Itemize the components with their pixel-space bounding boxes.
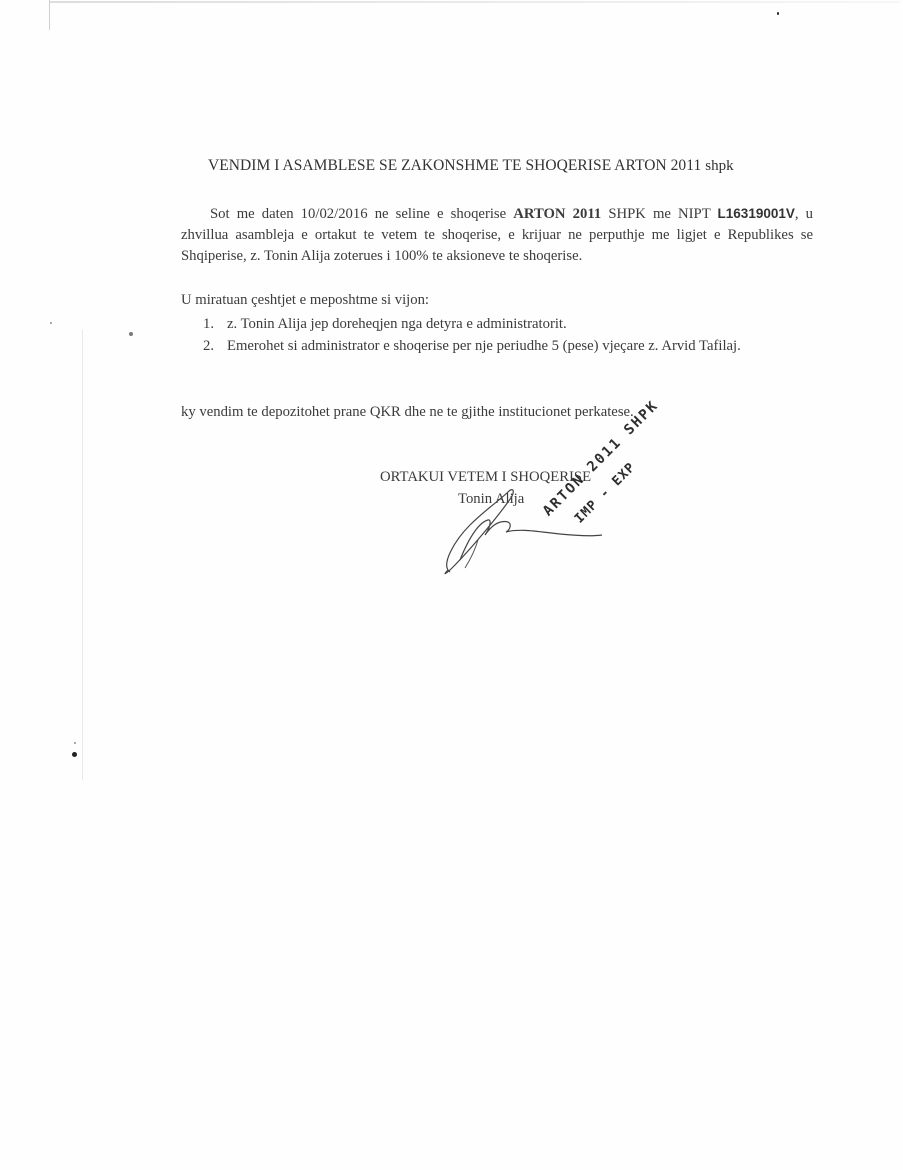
company-stamp: ARTON 2011 SHPK IMP - EXP bbox=[528, 438, 658, 528]
scan-speck bbox=[74, 742, 76, 744]
scanned-page: VENDIM I ASAMBLESE SE ZAKONSHME TE SHOQE… bbox=[0, 0, 903, 1170]
nipt-number: L16319001V bbox=[718, 206, 795, 221]
list-item: 1. z. Tonin Alija jep doreheqjen nga det… bbox=[203, 314, 815, 335]
fold-line bbox=[82, 330, 83, 780]
list-item-number: 2. bbox=[203, 336, 214, 357]
intro-paragraph: Sot me daten 10/02/2016 ne seline e shoq… bbox=[181, 203, 813, 267]
scan-edge bbox=[50, 1, 900, 3]
intro-part1: Sot me daten 10/02/2016 ne seline e shoq… bbox=[210, 206, 513, 222]
title-main: VENDIM I ASAMBLESE SE ZAKONSHME TE SHOQE… bbox=[208, 157, 705, 174]
scan-speck bbox=[129, 332, 133, 336]
document-title: VENDIM I ASAMBLESE SE ZAKONSHME TE SHOQE… bbox=[208, 157, 734, 175]
scan-edge bbox=[49, 0, 50, 30]
approved-intro: U miratuan çeshtjet e meposhtme si vijon… bbox=[181, 292, 429, 309]
company-name: ARTON 2011 bbox=[513, 206, 601, 222]
list-item-text: Emerohet si administrator e shoqerise pe… bbox=[227, 336, 815, 357]
intro-part2: SHPK me NIPT bbox=[601, 206, 717, 222]
title-suffix: shpk bbox=[705, 158, 734, 174]
closing-statement: ky vendim te depozitohet prane QKR dhe n… bbox=[181, 404, 634, 421]
scan-speck bbox=[72, 752, 77, 757]
list-item-text: z. Tonin Alija jep doreheqjen nga detyra… bbox=[227, 314, 815, 335]
list-item: 2. Emerohet si administrator e shoqerise… bbox=[203, 336, 815, 357]
list-item-number: 1. bbox=[203, 314, 214, 335]
scan-speck bbox=[777, 12, 779, 15]
scan-speck bbox=[50, 322, 52, 324]
